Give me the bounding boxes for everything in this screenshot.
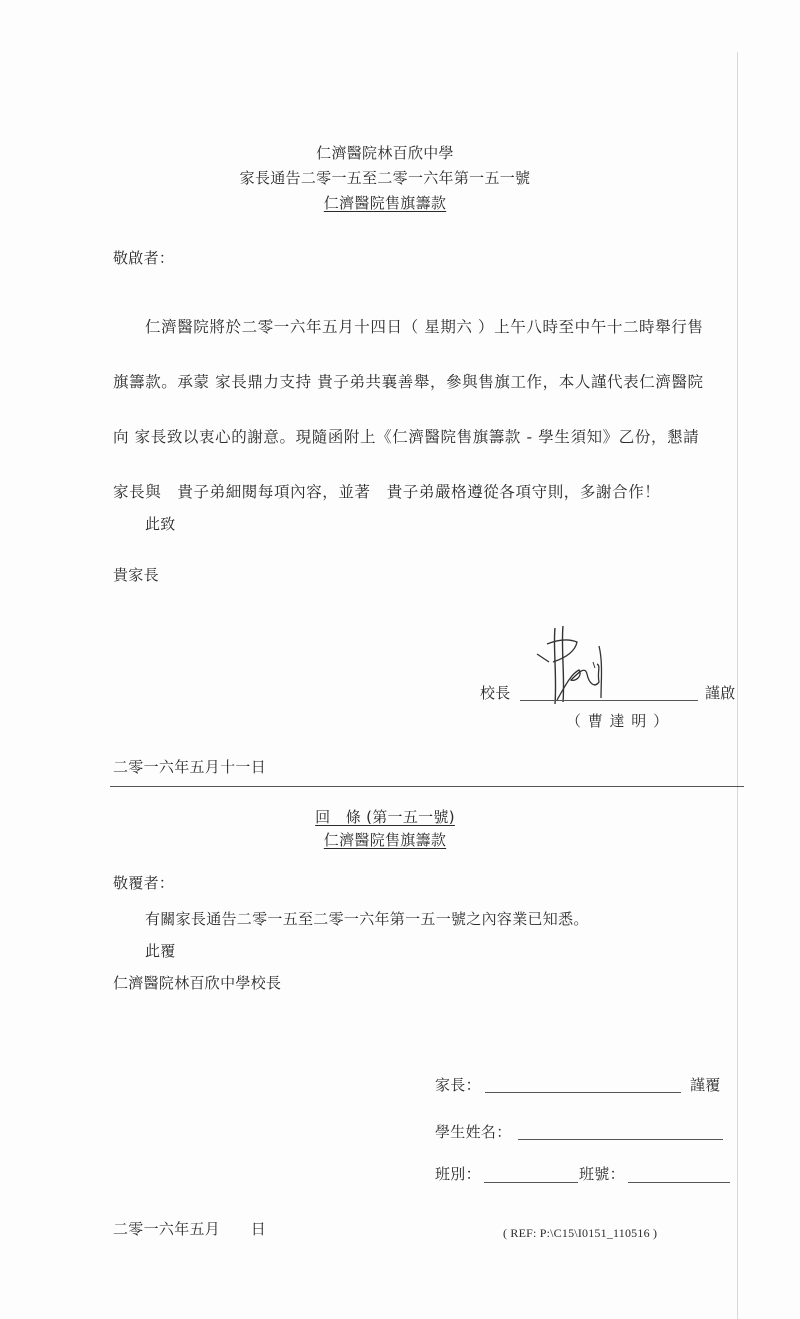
school-name: 仁濟醫院林百欣中學 <box>0 144 770 162</box>
cut-divider <box>110 786 744 787</box>
salutation: 敬啟者： <box>113 249 174 267</box>
student-name-label: 學生姓名： <box>435 1123 512 1141</box>
reply-slip-title: 回 條 (第一五一號) <box>0 808 770 826</box>
document-page: 仁濟醫院林百欣中學 家長通告二零一五至二零一六年第一五一號 仁濟醫院售旗籌款 敬… <box>0 0 800 1319</box>
reply-recipient: 仁濟醫院林百欣中學校長 <box>113 974 281 992</box>
signatory-name: （ 曹 達 明 ） <box>566 712 669 730</box>
paragraph-line-3: 向 家長致以衷心的謝意。現隨函附上《仁濟醫院售旗籌款 - 學生須知》乙份，懇請 <box>113 428 699 446</box>
student-name-field[interactable] <box>518 1139 723 1140</box>
reply-closing: 此覆 <box>145 942 176 960</box>
class-no-label: 班號： <box>579 1165 625 1183</box>
notice-subject-text: 仁濟醫院售旗籌款 <box>324 194 446 212</box>
scan-edge-line <box>737 52 738 1319</box>
paragraph-line-1: 仁濟醫院將於二零一六年五月十四日（ 星期六 ）上午八時至中午十二時舉行售 <box>145 318 703 336</box>
class-label: 班別： <box>435 1165 481 1183</box>
parent-label: 家長： <box>435 1076 481 1094</box>
principal-signature <box>535 626 615 706</box>
reply-slip-subject: 仁濟醫院售旗籌款 <box>0 831 770 849</box>
signature-line <box>520 700 698 701</box>
class-no-field[interactable] <box>628 1182 730 1183</box>
parent-suffix: 謹覆 <box>690 1076 721 1094</box>
paragraph-line-4: 家長與 貴子弟細閱每項內容，並著 貴子弟嚴格遵從各項守則，多謝合作！ <box>113 483 660 501</box>
recipient: 貴家長 <box>113 566 159 584</box>
notice-subject: 仁濟醫院售旗籌款 <box>0 194 770 212</box>
reply-slip-title-text: 回 條 (第一五一號) <box>315 808 455 826</box>
signatory-suffix: 謹啟 <box>705 684 736 702</box>
class-field[interactable] <box>484 1182 578 1183</box>
notice-number: 家長通告二零一五至二零一六年第一五一號 <box>0 169 770 187</box>
parent-signature-field[interactable] <box>485 1092 681 1093</box>
reply-body: 有關家長通告二零一五至二零一六年第一五一號之內容業已知悉。 <box>145 910 589 928</box>
closing: 此致 <box>145 515 176 533</box>
signatory-title: 校長 <box>480 684 511 702</box>
letter-date: 二零一六年五月十一日 <box>113 758 266 776</box>
paragraph-line-2: 旗籌款。承蒙 家長鼎力支持 貴子弟共襄善舉，參與售旗工作，本人謹代表仁濟醫院 <box>113 373 704 391</box>
reference-code: ( REF: P:\C15\I0151_110516 ) <box>503 1224 657 1242</box>
reply-salutation: 敬覆者： <box>113 874 174 892</box>
reply-date: 二零一六年五月 日 <box>113 1220 266 1238</box>
reply-slip-subject-text: 仁濟醫院售旗籌款 <box>324 831 446 849</box>
